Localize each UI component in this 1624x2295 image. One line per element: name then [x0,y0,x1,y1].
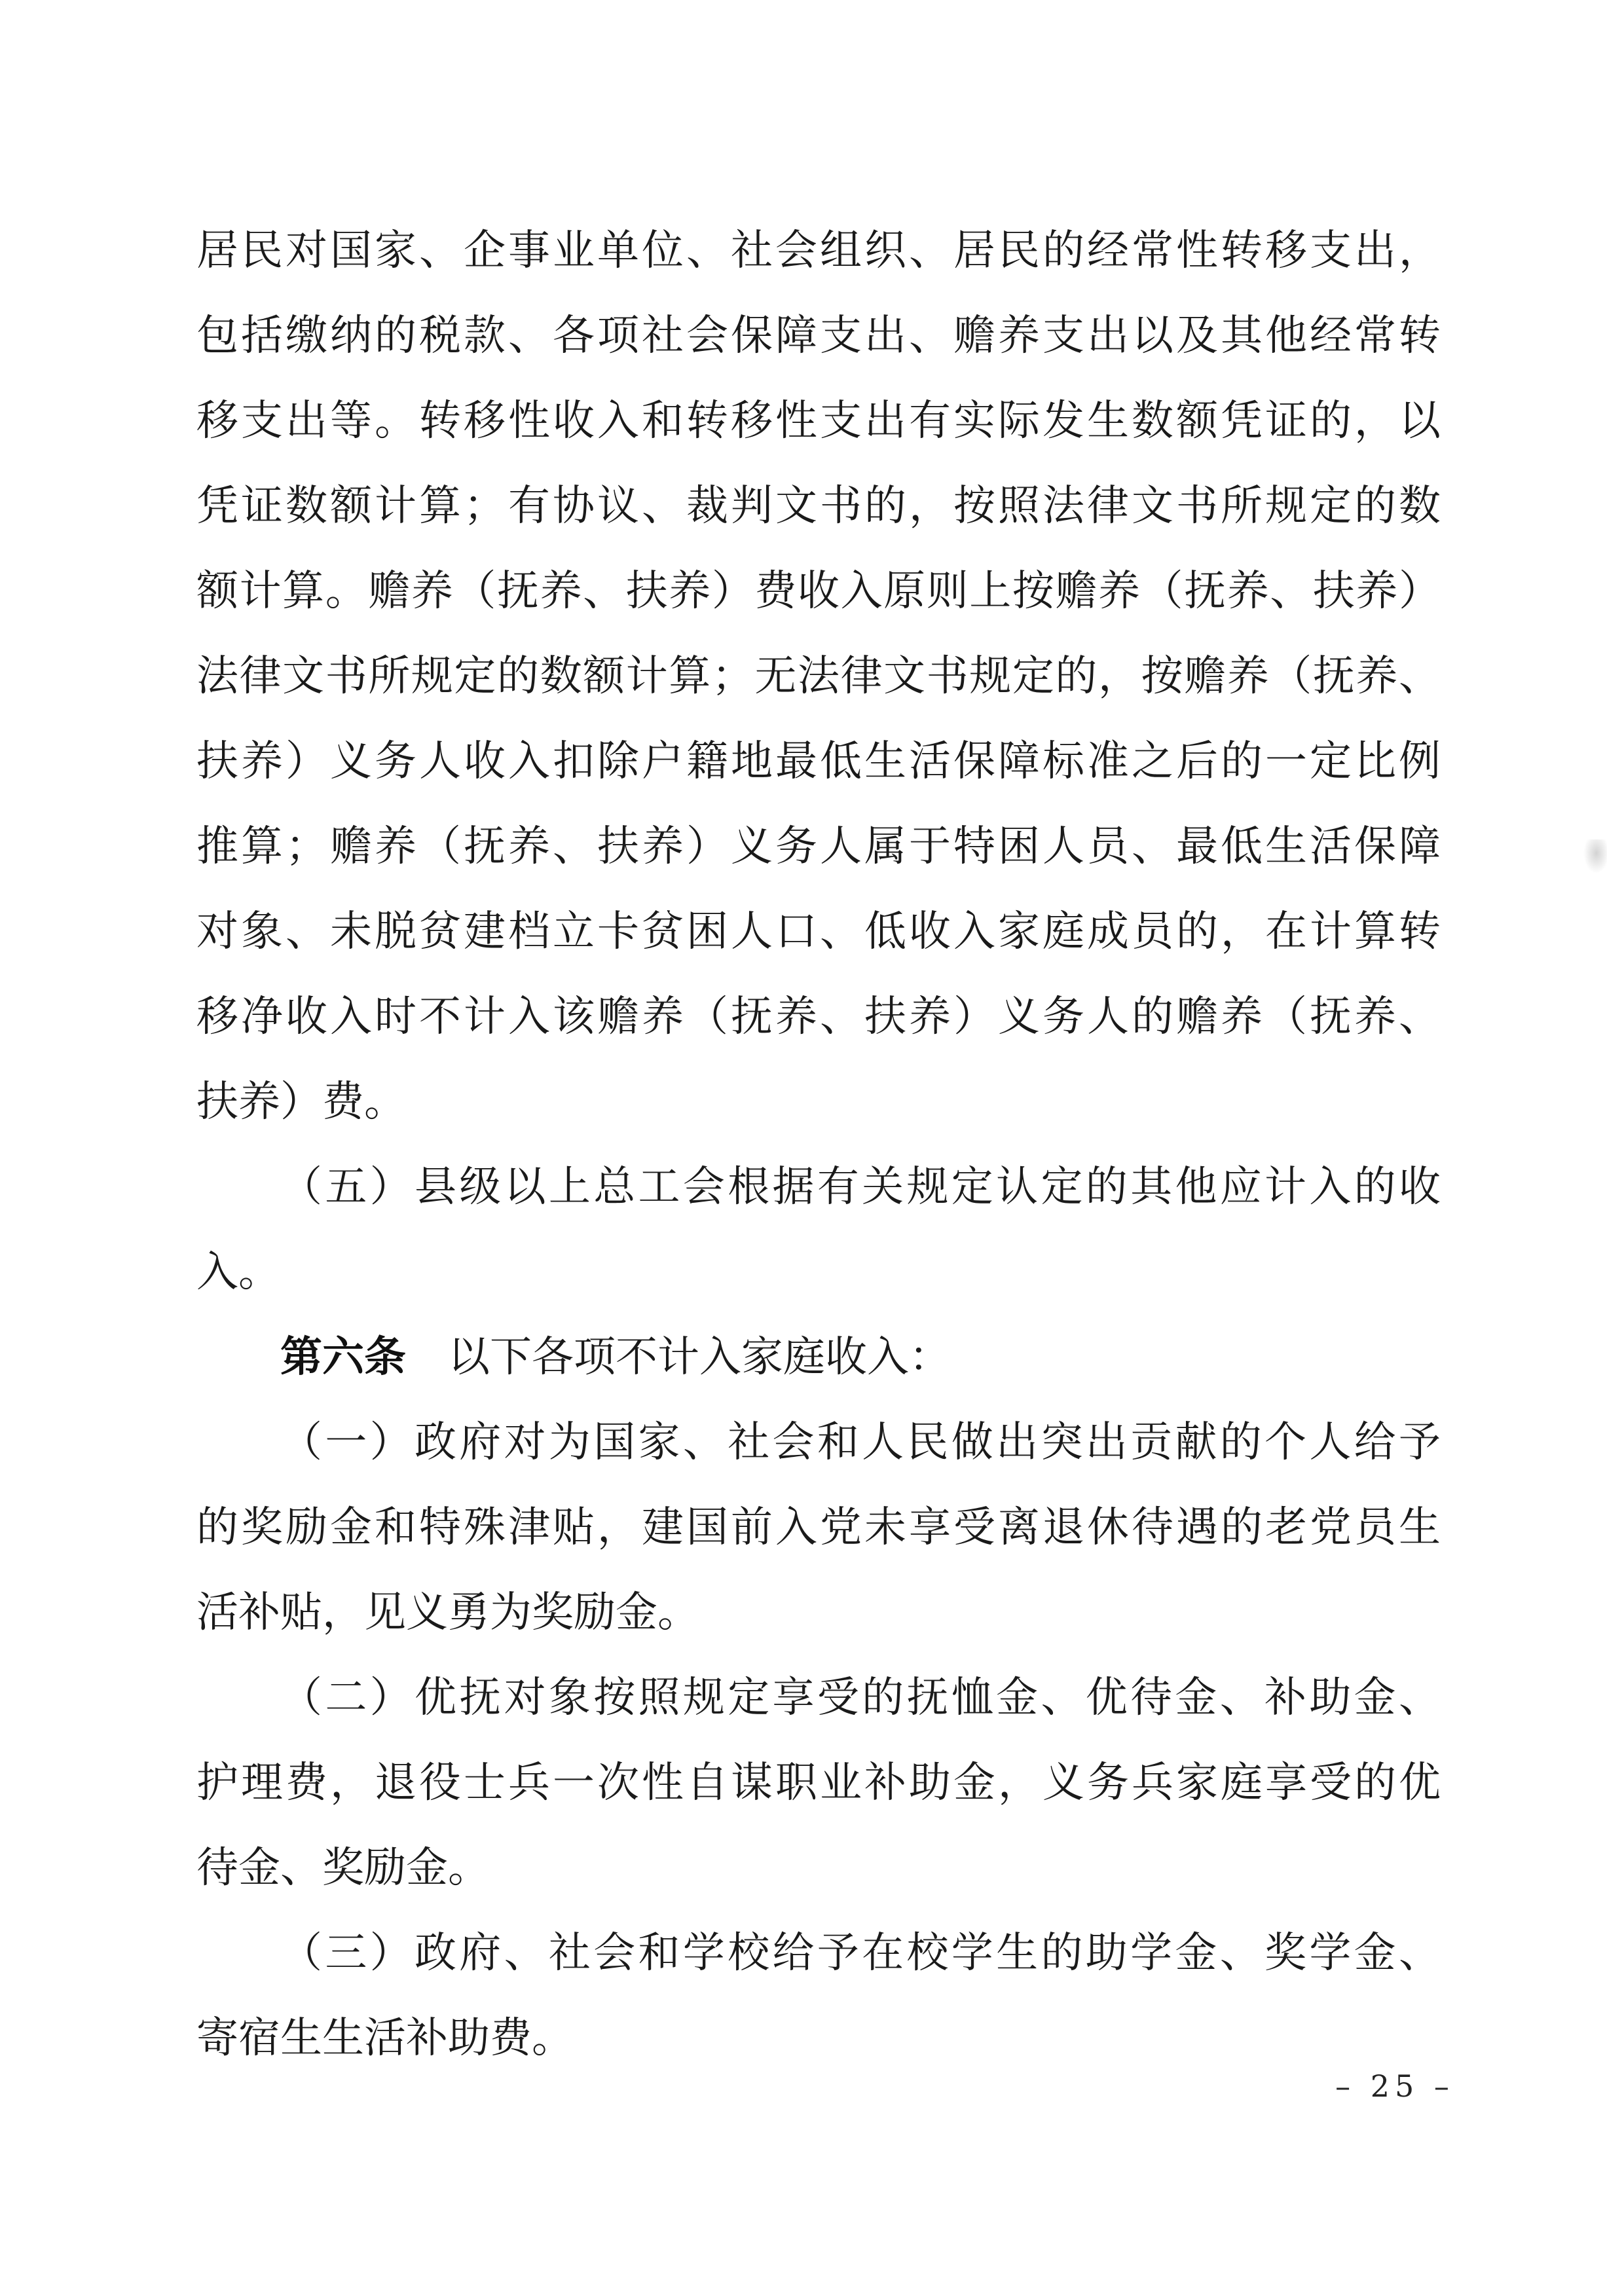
article-number: 第六条 [280,1333,406,1382]
text-line: 待金、奖励金。 [196,1826,1441,1911]
item-two-line: （二）优抚对象按照规定享受的抚恤金、优待金、补助金、 [196,1655,1441,1740]
text-line: 居民对国家、企事业单位、社会组织、居民的经常性转移支出， [196,208,1441,293]
text-line: 推算；赡养（抚养、扶养）义务人属于特困人员、最低生活保障 [196,804,1441,889]
text-line: 扶养）费。 [196,1059,1441,1145]
item-three-line: （三）政府、社会和学校给予在校学生的助学金、奖学金、 [196,1911,1441,1996]
article-heading-line: 第六条 以下各项不计入家庭收入： [196,1315,1441,1400]
scan-smudge-artifact [1583,839,1607,873]
item-one-line: （一）政府对为国家、社会和人民做出突出贡献的个人给予 [196,1400,1441,1485]
page-number: – 25 – [1316,2068,1473,2104]
document-body: 居民对国家、企事业单位、社会组织、居民的经常性转移支出， 包括缴纳的税款、各项社… [196,208,1441,2081]
text-line: 护理费，退役士兵一次性自谋职业补助金，义务兵家庭享受的优 [196,1740,1441,1826]
text-line: 法律文书所规定的数额计算；无法律文书规定的，按赡养（抚养、 [196,634,1441,719]
text-line: 移净收入时不计入该赡养（抚养、扶养）义务人的赡养（抚养、 [196,974,1441,1059]
text-line: 寄宿生生活补助费。 [196,1996,1441,2081]
text-line: 移支出等。转移性收入和转移性支出有实际发生数额凭证的，以 [196,378,1441,464]
text-line: 包括缴纳的税款、各项社会保障支出、赡养支出以及其他经常转 [196,293,1441,378]
item-five-line: （五）县级以上总工会根据有关规定认定的其他应计入的收 [196,1145,1441,1230]
text-line: 对象、未脱贫建档立卡贫困人口、低收入家庭成员的，在计算转 [196,889,1441,974]
document-page: 居民对国家、企事业单位、社会组织、居民的经常性转移支出， 包括缴纳的税款、各项社… [0,0,1624,2295]
text-line: 额计算。赡养（抚养、扶养）费收入原则上按赡养（抚养、扶养） [196,549,1441,634]
article-heading-text: 以下各项不计入家庭收入： [406,1333,951,1382]
text-line: 的奖励金和特殊津贴，建国前入党未享受离退休待遇的老党员生 [196,1485,1441,1570]
text-line: 活补贴，见义勇为奖励金。 [196,1570,1441,1655]
text-line: 扶养）义务人收入扣除户籍地最低生活保障标准之后的一定比例 [196,719,1441,804]
text-line: 入。 [196,1230,1441,1315]
text-line: 凭证数额计算；有协议、裁判文书的，按照法律文书所规定的数 [196,464,1441,549]
